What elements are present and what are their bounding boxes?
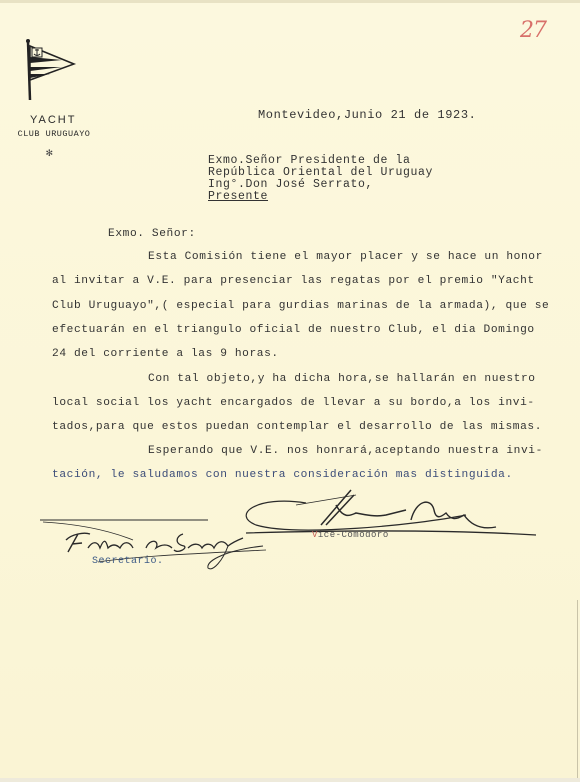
page-right-edge: [577, 600, 578, 780]
addressee-line-2: República Oriental del Uruguay: [208, 167, 433, 179]
body-line: tación, le saludamos con nuestra conside…: [52, 469, 513, 481]
body-line: 24 del corriente a las 9 horas.: [52, 348, 279, 360]
vice-commodore-title: Vice-Comodoro: [312, 530, 389, 540]
dateline: Montevideo,Junio 21 de 1923.: [258, 108, 476, 122]
body-line: Club Uruguayo",( especial para gurdias m…: [52, 300, 549, 312]
addressee-line-1: Exmo.Señor Presidente de la: [208, 155, 411, 167]
addressee-line-3: Ing°.Don José Serrato,: [208, 179, 373, 191]
secretary-signature: [38, 510, 268, 580]
pennant-flag-icon: [22, 36, 82, 101]
letterhead-line-1: YACHT: [30, 114, 70, 126]
secretary-title: Secretario.: [92, 556, 164, 567]
letterhead-line-2: CLUB URUGUAYO: [14, 129, 94, 139]
emblem-icon: ✻: [46, 146, 53, 160]
letter-page: 27 YACHT CLUB URUGUAYO ✻ Montevideo,Juni…: [0, 0, 580, 782]
page-top-edge: [0, 0, 580, 3]
page-bottom-edge: [0, 778, 580, 782]
body-line: tados,para que estos puedan contemplar e…: [52, 421, 542, 433]
addressee-line-4: Presente: [208, 191, 268, 203]
body-line: efectuarán en el triangulo oficial de nu…: [52, 324, 535, 336]
body-line: local social los yacht encargados de lle…: [52, 397, 535, 409]
body-line: Esta Comisión tiene el mayor placer y se…: [148, 251, 543, 263]
salutation: Exmo. Señor:: [108, 228, 196, 240]
body-line: Esperando que V.E. nos honrará,aceptando…: [148, 445, 543, 457]
folio-number: 27: [520, 18, 546, 43]
body-line: al invitar a V.E. para presenciar las re…: [52, 275, 535, 287]
body-line: Con tal objeto,y ha dicha hora,se hallar…: [148, 373, 536, 385]
vice-commodore-signature: [236, 485, 546, 545]
